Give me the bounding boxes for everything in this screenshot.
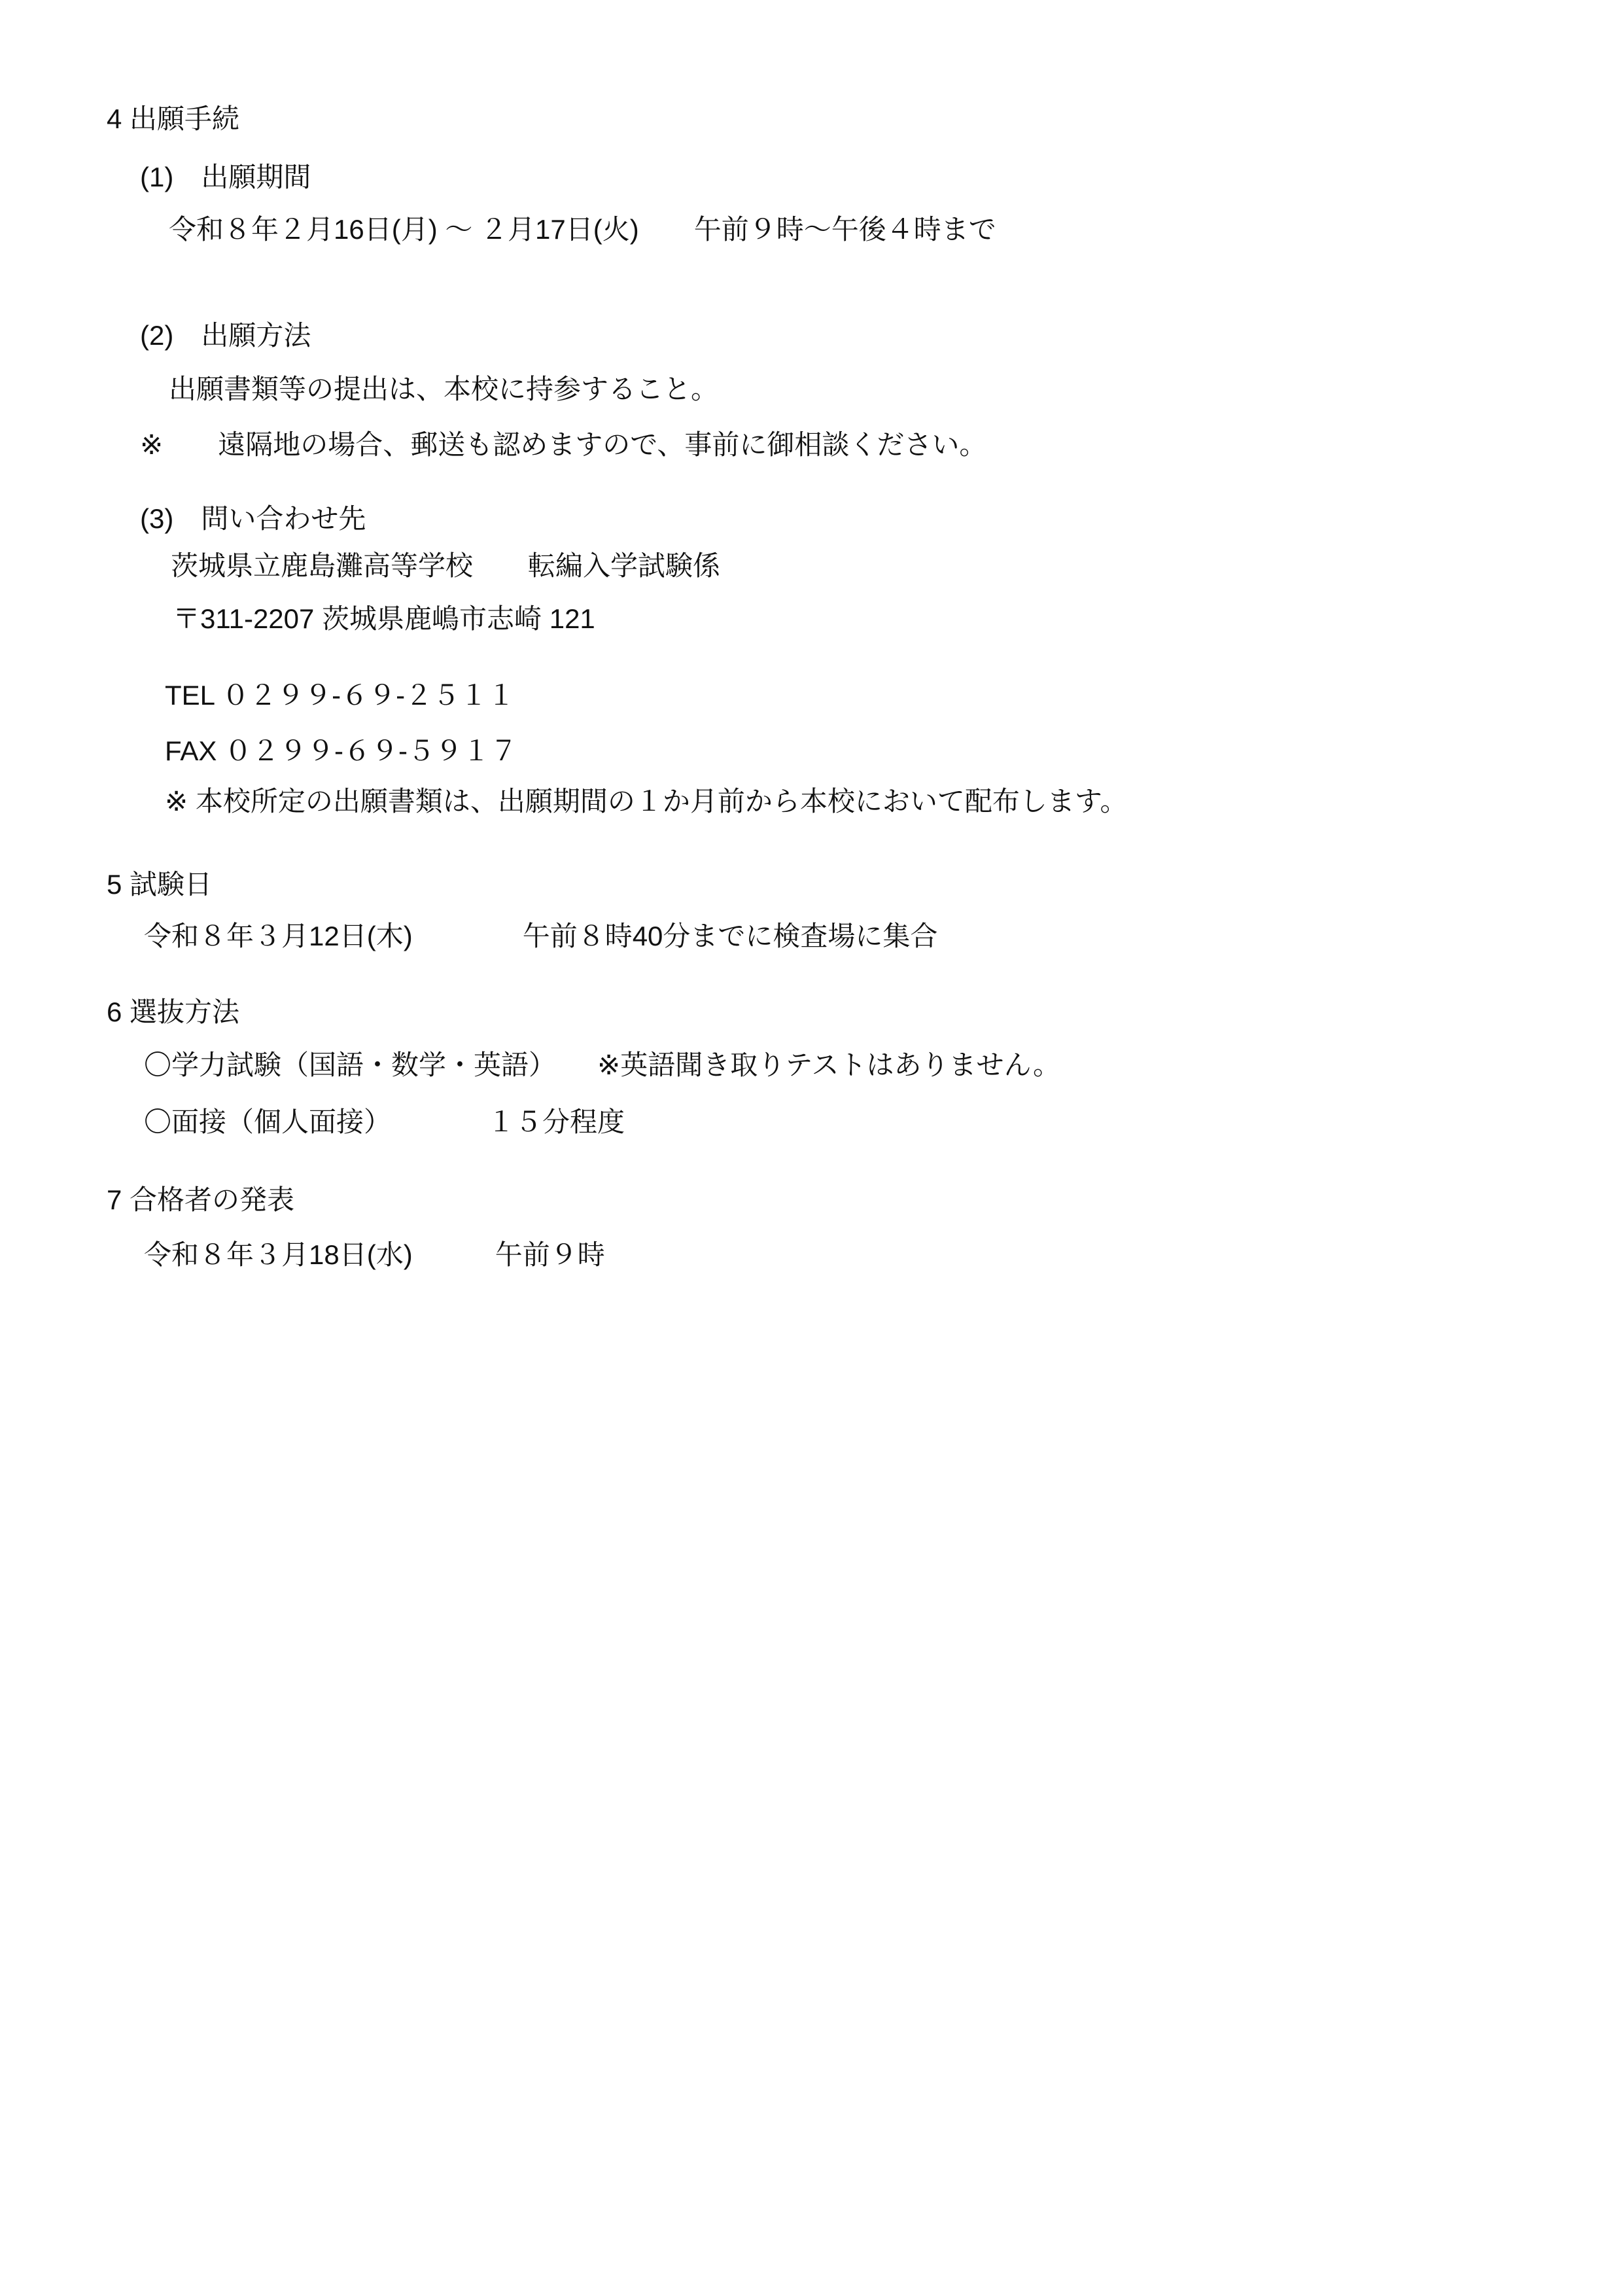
selection-academic-test: 〇学力試験（国語・数学・英語） ※英語聞き取りテストはありません。 bbox=[144, 1050, 1060, 1081]
contact-label: (3) 問い合わせ先 bbox=[140, 503, 366, 535]
application-method-label: (2) 出願方法 bbox=[140, 320, 311, 351]
exam-date-value: 令和８年３月12日(木) 午前８時40分までに検査場に集合 bbox=[144, 921, 937, 952]
contact-fax: FAX ０２９９-６９-５９１７ bbox=[165, 735, 517, 767]
selection-interview: 〇面接（個人面接） １５分程度 bbox=[144, 1106, 625, 1138]
section-4-heading: 4 出願手続 bbox=[107, 103, 239, 135]
application-period-label: (1) 出願期間 bbox=[140, 162, 311, 193]
contact-note: ※ 本校所定の出願書類は、出願期間の１か月前から本校において配布します。 bbox=[165, 786, 1128, 817]
application-method-note: ※ 遠隔地の場合、郵送も認めますので、事前に御相談ください。 bbox=[140, 429, 986, 461]
section-5-heading: 5 試験日 bbox=[107, 869, 212, 900]
contact-tel: TEL ０２９９-６９-２５１１ bbox=[165, 680, 515, 711]
contact-school-name: 茨城県立鹿島灘高等学校 転編入学試験係 bbox=[171, 550, 720, 582]
contact-address: 〒311-2207 茨城県鹿嶋市志崎 121 bbox=[173, 603, 595, 635]
application-method-text: 出願書類等の提出は、本校に持参すること。 bbox=[169, 374, 718, 405]
section-7-heading: 7 合格者の発表 bbox=[107, 1184, 294, 1216]
announcement-date-value: 令和８年３月18日(水) 午前９時 bbox=[144, 1239, 605, 1271]
document-page: 4 出願手続 (1) 出願期間 令和８年２月16日(月) ～ ２月17日(火) … bbox=[0, 0, 1623, 2296]
application-period-dates: 令和８年２月16日(月) ～ ２月17日(火) 午前９時～午後４時まで bbox=[169, 214, 996, 245]
section-6-heading: 6 選抜方法 bbox=[107, 997, 239, 1028]
